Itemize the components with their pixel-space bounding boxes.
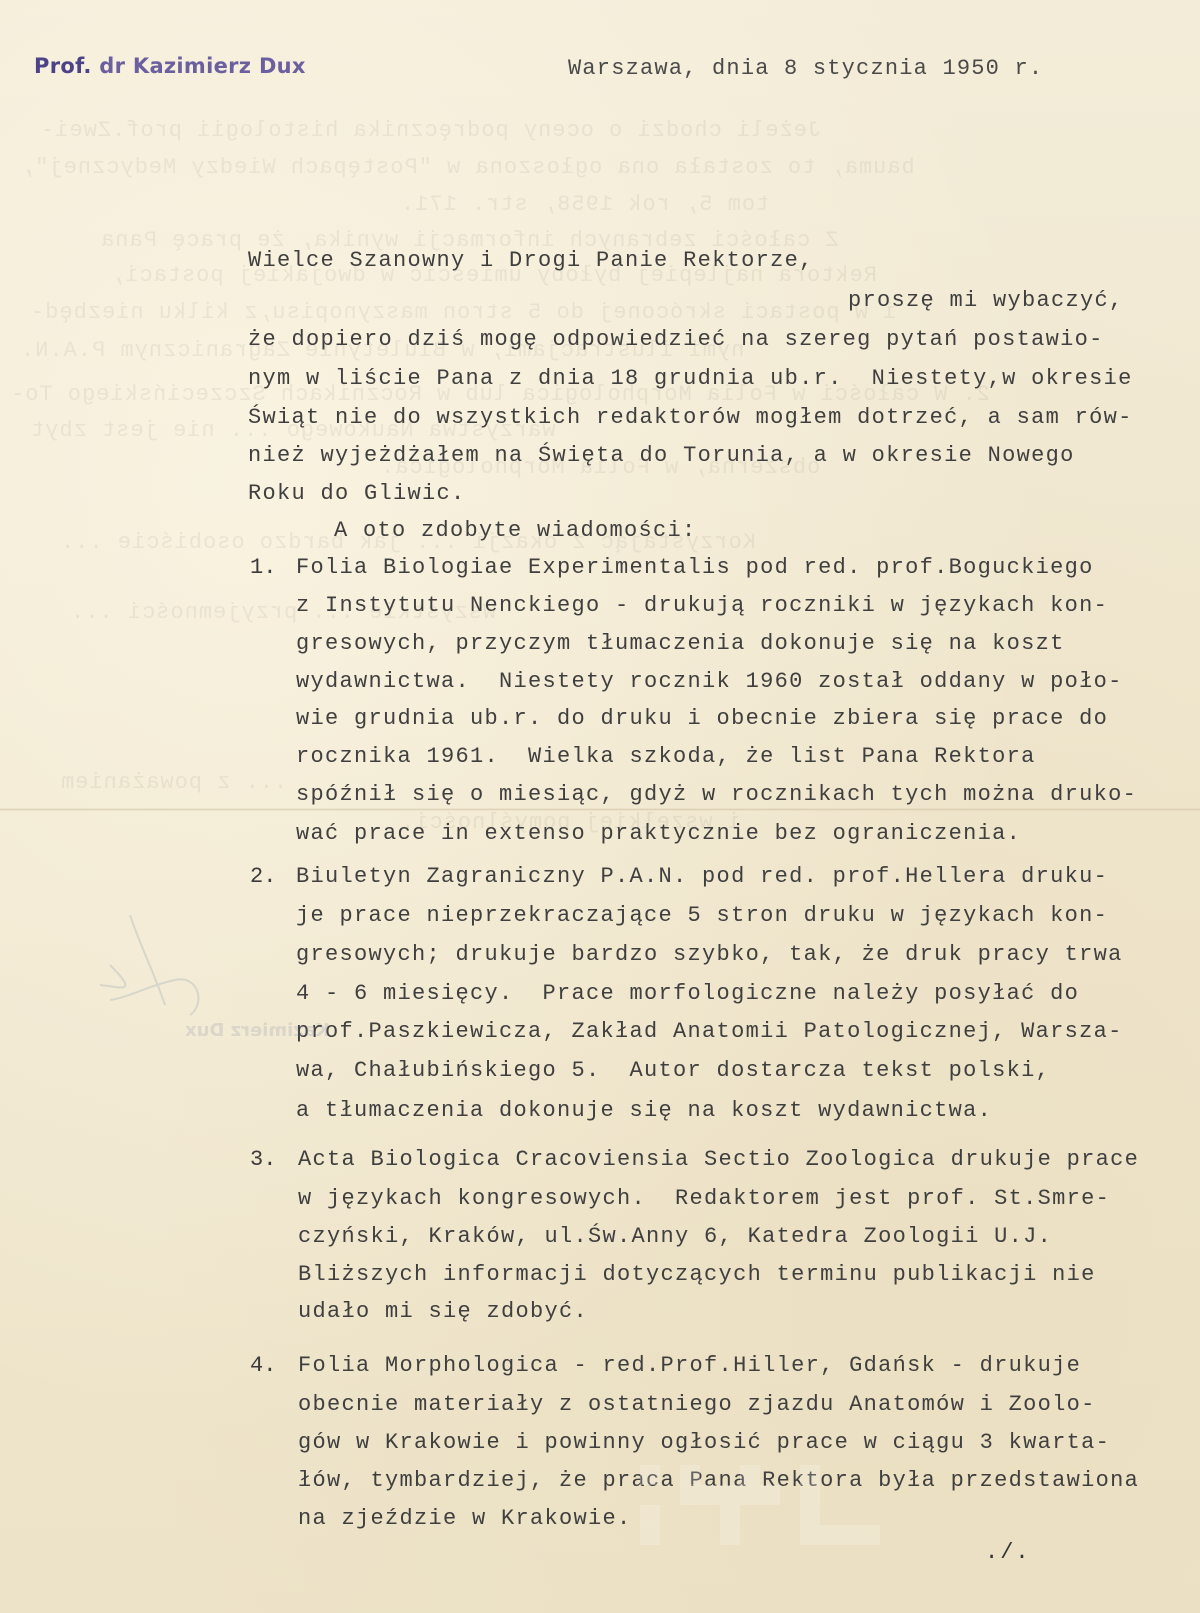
- text-line: obecnie materiały z ostatniego zjazdu An…: [298, 1392, 1096, 1417]
- text-line: Acta Biologica Cracoviensia Sectio Zoolo…: [298, 1147, 1139, 1172]
- bleed-line: i w postaci skróconej do 5 stron maszyno…: [30, 300, 896, 325]
- lead-in: A oto zdobyte wiadomości:: [334, 518, 697, 543]
- stamp-prefix: Prof.: [34, 54, 92, 78]
- bleed-line: bauma, to została ona ogłoszona w "Postę…: [20, 155, 915, 180]
- text-line: Folia Biologiae Experimentalis pod red. …: [296, 555, 1094, 580]
- text-line: spóźnił się o miesiąc, gdyż w rocznikach…: [296, 782, 1137, 807]
- text-line: w językach kongresowych. Redaktorem jest…: [298, 1186, 1110, 1211]
- text-line: rocznika 1961. Wielka szkoda, że list Pa…: [296, 744, 1036, 769]
- date-line: Warszawa, dnia 8 stycznia 1950 r.: [568, 56, 1043, 81]
- text-line: czyński, Kraków, ul.Św.Anny 6, Katedra Z…: [298, 1224, 1052, 1249]
- item-number: 4.: [250, 1353, 276, 1378]
- text-line: wie grudnia ub.r. do druku i obecnie zbi…: [296, 706, 1108, 731]
- bleed-line: ... z poważaniem: [60, 770, 287, 795]
- salutation: Wielce Szanowny i Drogi Panie Rektorze,: [248, 248, 814, 273]
- text-line: gresowych; drukuje bardzo szybko, tak, ż…: [296, 942, 1123, 967]
- stamp-name: dr Kazimierz Dux: [99, 54, 306, 78]
- text-line: wydawnictwa. Niestety rocznik 1960 zosta…: [296, 669, 1123, 694]
- text-line: udało mi się zdobyć.: [298, 1299, 588, 1324]
- text-line: Bliższych informacji dotyczących terminu…: [298, 1262, 1096, 1287]
- item-number: 3.: [250, 1147, 276, 1172]
- text-line: 4 - 6 miesięcy. Prace morfologiczne nale…: [296, 981, 1079, 1006]
- item-number: 2.: [250, 864, 276, 889]
- watermark-grid: [640, 1465, 1120, 1605]
- text-line: z Instytutu Nenckiego - drukują roczniki…: [296, 593, 1108, 618]
- text-line: nież wyjeżdżałem na Święta do Torunia, a…: [248, 443, 1075, 468]
- text-line: nym w liście Pana z dnia 18 grudnia ub.r…: [248, 366, 1133, 391]
- letterhead-stamp: Prof. dr Kazimierz Dux: [34, 54, 306, 78]
- text-line: Folia Morphologica - red.Prof.Hiller, Gd…: [298, 1353, 1081, 1378]
- text-line: gresowych, przyczym tłumaczenia dokonuje…: [296, 631, 1065, 656]
- text-line: je prace nieprzekraczające 5 stron druku…: [296, 903, 1108, 928]
- text-line: Świąt nie do wszystkich redaktorów mogłe…: [248, 405, 1133, 430]
- text-line: Roku do Gliwic.: [248, 481, 466, 506]
- text-line: że dopiero dziś mogę odpowiedzieć na sze…: [248, 327, 1104, 352]
- text-line: Biuletyn Zagraniczny P.A.N. pod red. pro…: [296, 864, 1108, 889]
- text-line: gów w Krakowie i powinny ogłosić prace w…: [298, 1430, 1110, 1455]
- item-number: 1.: [250, 555, 276, 580]
- bleed-stamp: Kazimierz Dux: [185, 1020, 330, 1041]
- text-line: proszę mi wybaczyć,: [848, 288, 1124, 313]
- bleed-line: tom 5, rok 1958, str. 171.: [400, 192, 769, 217]
- bleed-signature-icon: [80, 905, 220, 1025]
- text-line: wa, Chałubińskiego 5. Autor dostarcza te…: [296, 1058, 1050, 1083]
- text-line: na zjeździe w Krakowie.: [298, 1506, 632, 1531]
- text-line: a tłumaczenia dokonuje się na koszt wyda…: [296, 1098, 992, 1123]
- bleed-line: Jeżeli chodzi o oceny podręcznika histol…: [40, 118, 821, 143]
- text-line: prof.Paszkiewicza, Zakład Anatomii Patol…: [296, 1019, 1123, 1044]
- text-line: wać prace in extenso praktycznie bez ogr…: [296, 821, 1021, 846]
